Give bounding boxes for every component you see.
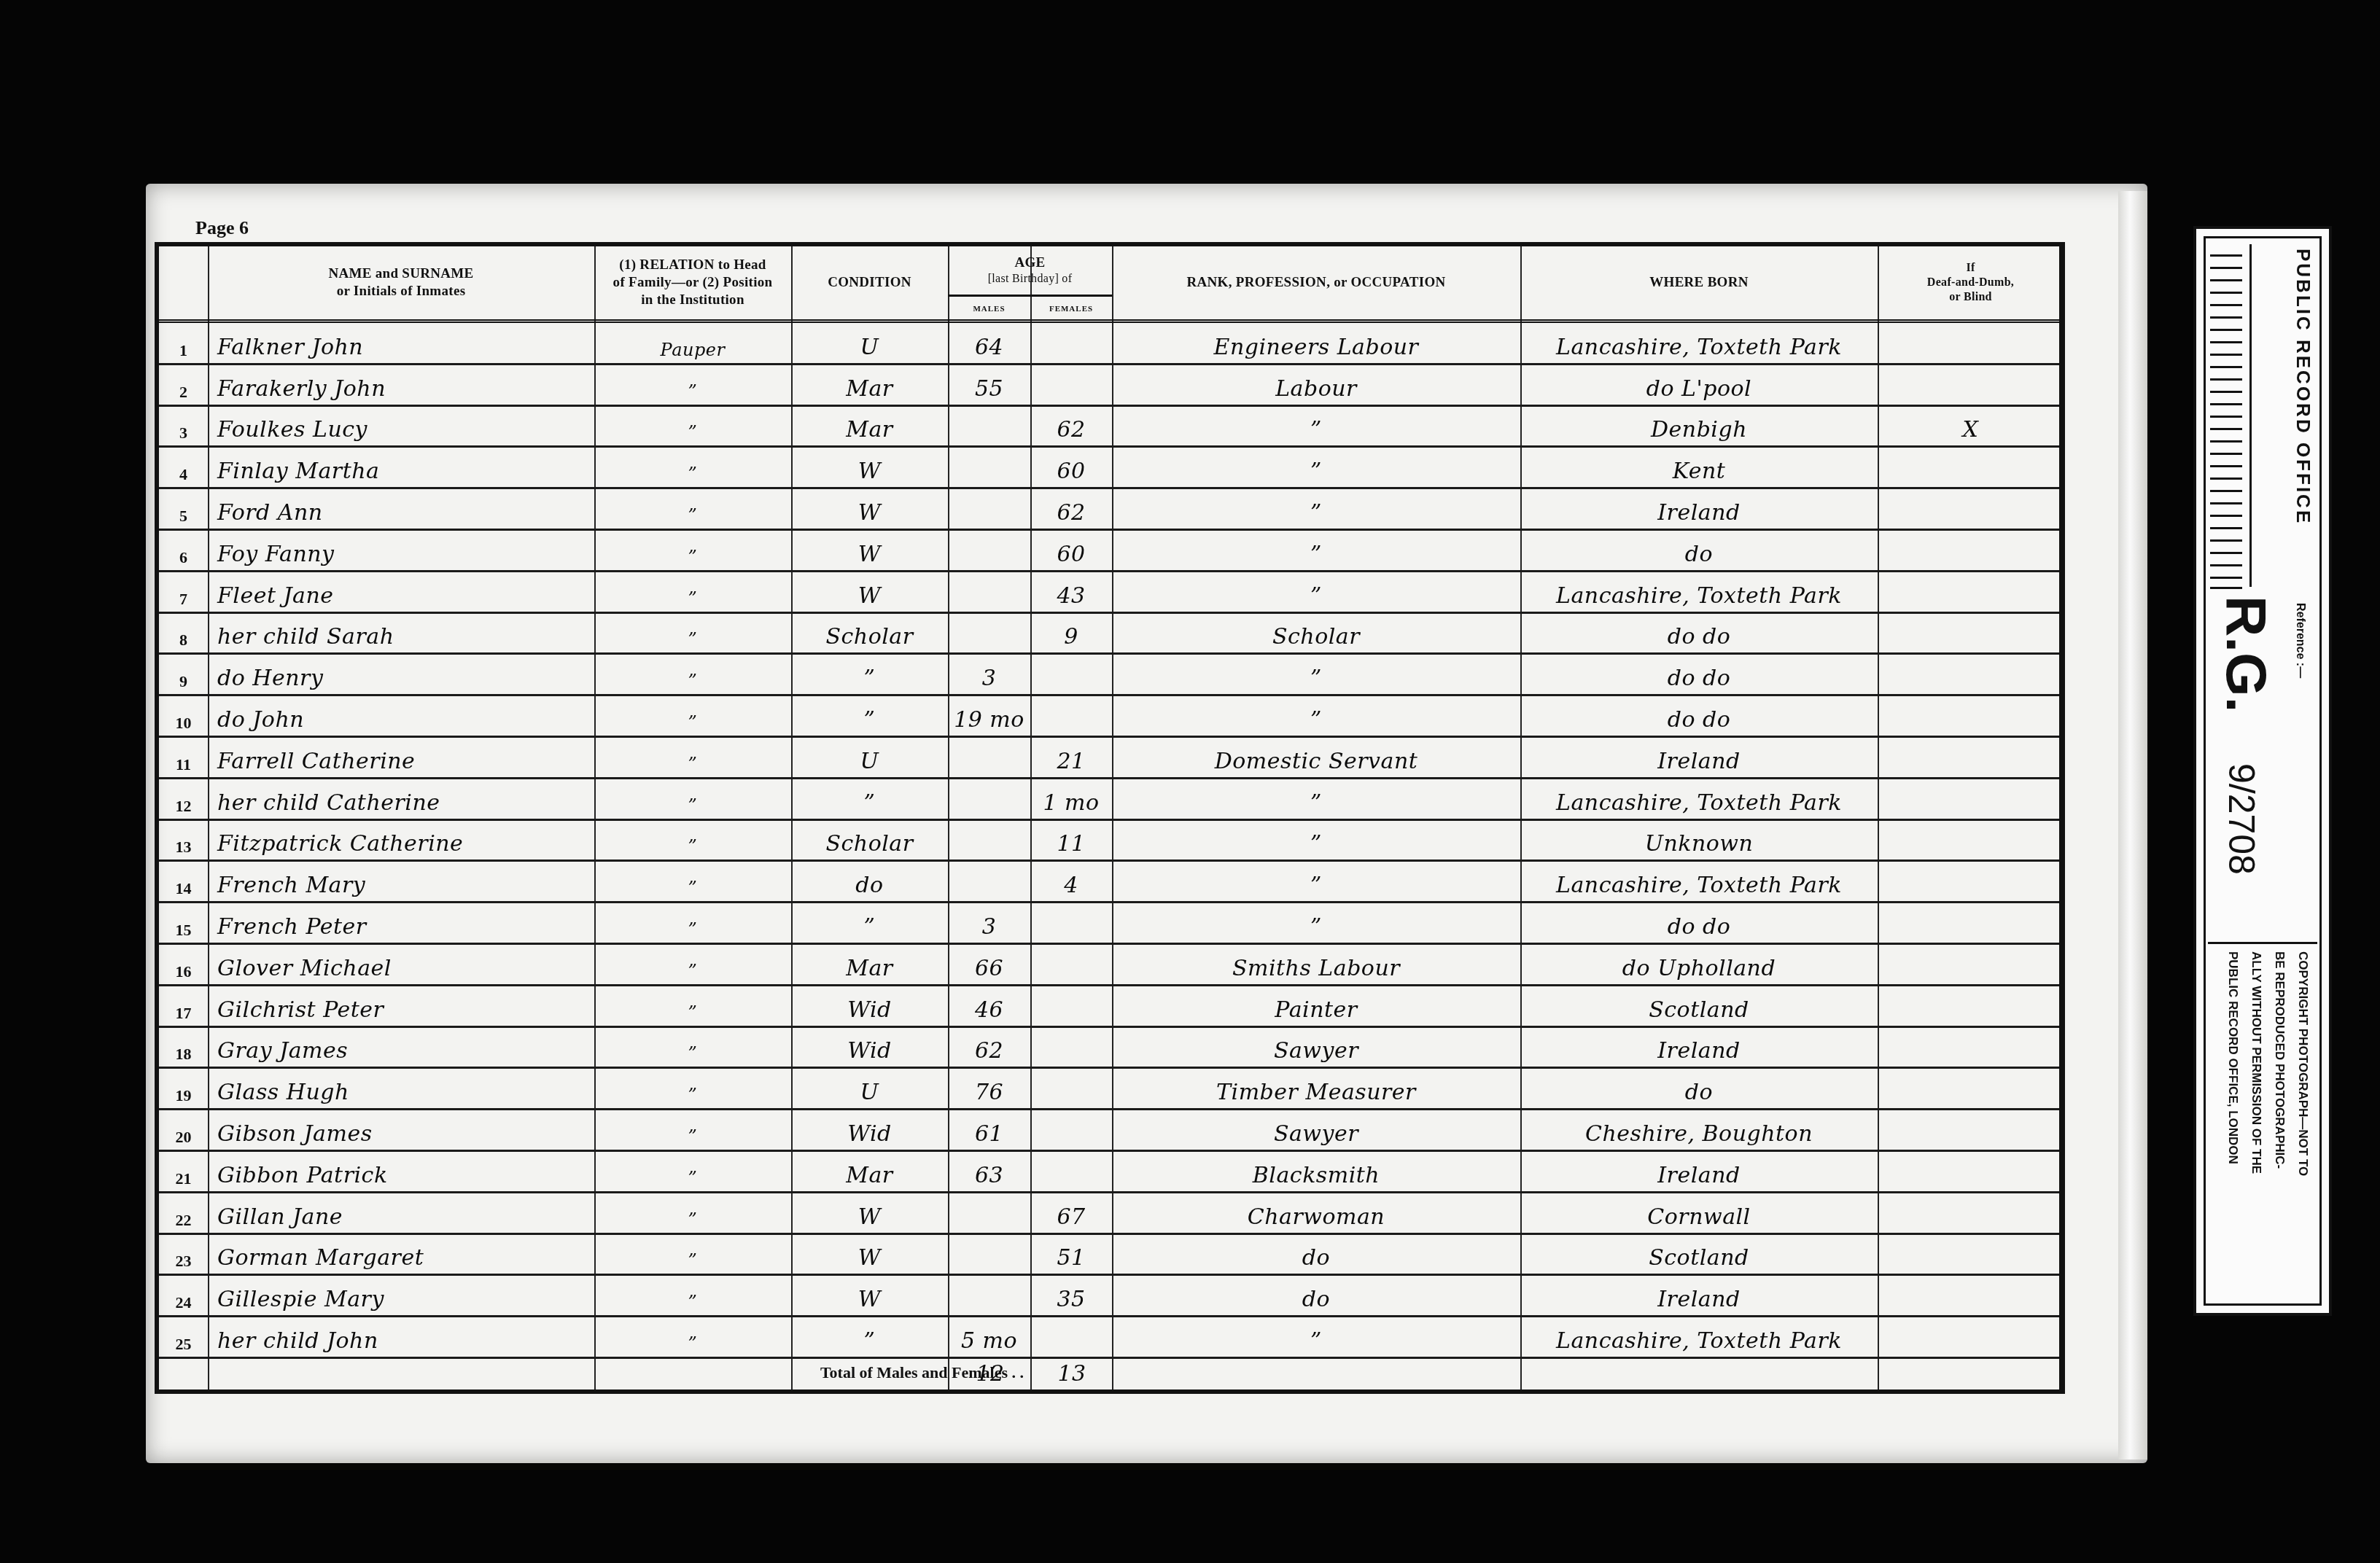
cell-infirmity — [1878, 986, 2064, 1026]
cell-relation: ” — [594, 1193, 791, 1233]
cell-where-born: Kent — [1520, 448, 1878, 487]
cell-where-born: Ireland — [1520, 1152, 1878, 1191]
cell-female-age — [1030, 1028, 1112, 1067]
cell-infirmity: X — [1878, 407, 2064, 446]
cell-female-age: 62 — [1030, 407, 1112, 446]
cell-name: Ford Ann — [217, 489, 594, 529]
cell-n: 3 — [159, 407, 208, 446]
cell-infirmity — [1878, 1028, 2064, 1067]
cell-infirmity — [1878, 365, 2064, 405]
cell-name: Gibson James — [217, 1110, 594, 1150]
cell-infirmity — [1878, 572, 2064, 612]
header-deaf-dumb: If Deaf-and-Dumb, or Blind — [1878, 246, 2064, 319]
cell-n: 19 — [159, 1069, 208, 1108]
cell-infirmity — [1878, 903, 2064, 943]
cell-occupation: Engineers Labour — [1112, 324, 1520, 363]
cell-n: 17 — [159, 986, 208, 1026]
cell-where-born: Unknown — [1520, 821, 1878, 860]
cell-relation: Pauper — [594, 324, 791, 363]
cell-female-age — [1030, 1152, 1112, 1191]
cell-where-born: do Upholland — [1520, 945, 1878, 984]
cell-where-born: Denbigh — [1520, 407, 1878, 446]
table-row: 6Foy Fanny”W60”do — [159, 531, 2059, 572]
cell-occupation: ” — [1112, 531, 1520, 570]
cell-where-born: do — [1520, 531, 1878, 570]
cell-occupation: ” — [1112, 862, 1520, 901]
cell-infirmity — [1878, 489, 2064, 529]
cell-n: 21 — [159, 1152, 208, 1191]
table-row: 22Gillan Jane”W67CharwomanCornwall — [159, 1193, 2059, 1235]
cell-male-age — [948, 862, 1030, 901]
cell-female-age — [1030, 324, 1112, 363]
table-header: NAME and SURNAME or Initials of Inmates … — [159, 246, 2059, 323]
cell-name: Glass Hugh — [217, 1069, 594, 1108]
header-females: FEMALES — [1030, 295, 1112, 321]
cell-where-born: Lancashire, Toxteth Park — [1520, 572, 1878, 612]
cell-condition: Mar — [791, 407, 948, 446]
table-row: 4Finlay Martha”W60”Kent — [159, 448, 2059, 489]
cell-relation: ” — [594, 655, 791, 694]
cell-name: Fleet Jane — [217, 572, 594, 612]
cell-where-born: do do — [1520, 655, 1878, 694]
cell-where-born: do do — [1520, 614, 1878, 653]
cell-name: do John — [217, 696, 594, 736]
cell-infirmity — [1878, 1110, 2064, 1150]
cell-female-age: 43 — [1030, 572, 1112, 612]
cell-n: 24 — [159, 1276, 208, 1315]
cell-infirmity — [1878, 1152, 2064, 1191]
cell-occupation: ” — [1112, 407, 1520, 446]
cell-occupation: Sawyer — [1112, 1028, 1520, 1067]
cell-name: Gillan Jane — [217, 1193, 594, 1233]
cell-occupation: ” — [1112, 696, 1520, 736]
header-relation-line2: of Family—or (2) Position — [613, 274, 773, 292]
cell-name: Farakerly John — [217, 365, 594, 405]
cell-condition: W — [791, 531, 948, 570]
cell-where-born: do do — [1520, 696, 1878, 736]
cell-name: Foy Fanny — [217, 531, 594, 570]
cell-female-age: 1 mo — [1030, 779, 1112, 819]
cell-relation: ” — [594, 614, 791, 653]
cell-n: 1 — [159, 324, 208, 363]
cell-name: French Peter — [217, 903, 594, 943]
office-name: PUBLIC RECORD OFFICE — [2292, 249, 2314, 525]
cell-relation: ” — [594, 407, 791, 446]
cell-male-age: 76 — [948, 1069, 1030, 1108]
cell-male-age — [948, 572, 1030, 612]
cell-female-age: 9 — [1030, 614, 1112, 653]
cell-occupation: Timber Measurer — [1112, 1069, 1520, 1108]
table-row: 14French Mary”do4”Lancashire, Toxteth Pa… — [159, 862, 2059, 903]
cell-female-age: 51 — [1030, 1235, 1112, 1274]
cell-relation: ” — [594, 365, 791, 405]
cell-male-age: 61 — [948, 1110, 1030, 1150]
cell-female-age: 60 — [1030, 448, 1112, 487]
cell-infirmity — [1878, 324, 2064, 363]
cell-infirmity — [1878, 738, 2064, 777]
cell-male-age — [948, 448, 1030, 487]
cell-condition: Wid — [791, 1028, 948, 1067]
cell-female-age: 4 — [1030, 862, 1112, 901]
header-where-born: WHERE BORN — [1520, 246, 1878, 319]
cell-n: 16 — [159, 945, 208, 984]
total-females: 13 — [1032, 1361, 1112, 1387]
cell-condition: Wid — [791, 986, 948, 1026]
cell-occupation: Labour — [1112, 365, 1520, 405]
cell-infirmity — [1878, 1235, 2064, 1274]
reference-label: PUBLIC RECORD OFFICE Reference :— R.G. 9… — [2193, 226, 2332, 1316]
cell-condition: U — [791, 1069, 948, 1108]
cell-occupation: Sawyer — [1112, 1110, 1520, 1150]
cell-infirmity — [1878, 779, 2064, 819]
table-row: 24Gillespie Mary”W35doIreland — [159, 1276, 2059, 1317]
cell-condition: W — [791, 489, 948, 529]
cell-occupation: Scholar — [1112, 614, 1520, 653]
cell-name: Finlay Martha — [217, 448, 594, 487]
cell-relation: ” — [594, 1069, 791, 1108]
cell-occupation: ” — [1112, 655, 1520, 694]
cell-condition: W — [791, 448, 948, 487]
census-table: NAME and SURNAME or Initials of Inmates … — [155, 242, 2065, 1394]
table-row: 10do John””19 mo”do do — [159, 696, 2059, 738]
cell-infirmity — [1878, 614, 2064, 653]
header-condition: CONDITION — [791, 246, 948, 319]
cell-infirmity — [1878, 862, 2064, 901]
cell-name: Farrell Catherine — [217, 738, 594, 777]
cell-relation: ” — [594, 903, 791, 943]
table-row: 9do Henry””3”do do — [159, 655, 2059, 696]
cell-condition: Mar — [791, 365, 948, 405]
cell-name: do Henry — [217, 655, 594, 694]
table-row: 16Glover Michael”Mar66Smiths Labourdo Up… — [159, 945, 2059, 986]
cell-occupation: do — [1112, 1235, 1520, 1274]
cell-relation: ” — [594, 1235, 791, 1274]
cell-condition: ” — [791, 696, 948, 736]
cell-where-born: do do — [1520, 903, 1878, 943]
copyright-line4: PUBLIC RECORD OFFICE, LONDON — [2225, 951, 2240, 1164]
header-deaf-line3: or Blind — [1949, 290, 1992, 305]
copyright-line2: BE REPRODUCED PHOTOGRAPHIC- — [2272, 951, 2287, 1169]
cell-name: Gibbon Patrick — [217, 1152, 594, 1191]
cell-occupation: Domestic Servant — [1112, 738, 1520, 777]
header-deaf-line1: If — [1966, 261, 1975, 276]
cell-name: Falkner John — [217, 324, 594, 363]
cell-name: Gray James — [217, 1028, 594, 1067]
cell-n: 10 — [159, 696, 208, 736]
cell-n: 8 — [159, 614, 208, 653]
cell-relation: ” — [594, 1028, 791, 1067]
cell-condition: Scholar — [791, 614, 948, 653]
cell-condition: Scholar — [791, 821, 948, 860]
reference-label-frame: PUBLIC RECORD OFFICE Reference :— R.G. 9… — [2204, 236, 2322, 1306]
cell-where-born: Ireland — [1520, 1276, 1878, 1315]
cell-where-born: Cheshire, Boughton — [1520, 1110, 1878, 1150]
cell-where-born: Scotland — [1520, 986, 1878, 1026]
cell-name: Fitzpatrick Catherine — [217, 821, 594, 860]
cell-female-age — [1030, 903, 1112, 943]
cell-male-age — [948, 1235, 1030, 1274]
cell-relation: ” — [594, 696, 791, 736]
copyright-notice: COPYRIGHT PHOTOGRAPH—NOT TO BE REPRODUCE… — [2208, 942, 2317, 1301]
cell-name: Foulkes Lucy — [217, 407, 594, 446]
cell-male-age — [948, 738, 1030, 777]
cell-where-born: Lancashire, Toxteth Park — [1520, 779, 1878, 819]
totals-row: Total of Males and Females . . 12 13 — [159, 1349, 2059, 1389]
cell-female-age — [1030, 696, 1112, 736]
cell-condition: ” — [791, 655, 948, 694]
table-row: 13Fitzpatrick Catherine”Scholar11”Unknow… — [159, 821, 2059, 862]
header-relation-line1: (1) RELATION to Head — [619, 257, 766, 274]
cell-male-age: 63 — [948, 1152, 1030, 1191]
cell-relation: ” — [594, 862, 791, 901]
cell-name: Gillespie Mary — [217, 1276, 594, 1315]
cell-female-age — [1030, 1110, 1112, 1150]
ruler-scale — [2249, 244, 2290, 587]
table-row: 2Farakerly John”Mar55Labourdo L'pool — [159, 365, 2059, 407]
cell-male-age — [948, 821, 1030, 860]
cell-male-age: 19 mo — [948, 696, 1030, 736]
cell-female-age — [1030, 1069, 1112, 1108]
cell-infirmity — [1878, 531, 2064, 570]
cell-name: Glover Michael — [217, 945, 594, 984]
cell-n: 2 — [159, 365, 208, 405]
header-occupation: RANK, PROFESSION, or OCCUPATION — [1112, 246, 1520, 319]
page-number: Page 6 — [195, 217, 249, 239]
copyright-line1: COPYRIGHT PHOTOGRAPH—NOT TO — [2295, 951, 2310, 1176]
cell-n: 5 — [159, 489, 208, 529]
cell-male-age — [948, 489, 1030, 529]
cell-male-age: 46 — [948, 986, 1030, 1026]
cell-male-age — [948, 1276, 1030, 1315]
cell-occupation: ” — [1112, 489, 1520, 529]
cell-infirmity — [1878, 1069, 2064, 1108]
cell-relation: ” — [594, 572, 791, 612]
header-age-title: AGE — [1014, 254, 1045, 272]
cell-relation: ” — [594, 945, 791, 984]
cell-relation: ” — [594, 779, 791, 819]
cell-name: French Mary — [217, 862, 594, 901]
cell-female-age: 21 — [1030, 738, 1112, 777]
cell-male-age — [948, 407, 1030, 446]
cell-where-born: Cornwall — [1520, 1193, 1878, 1233]
cell-n: 12 — [159, 779, 208, 819]
table-row: 8her child Sarah”Scholar9Scholardo do — [159, 614, 2059, 655]
cell-female-age — [1030, 365, 1112, 405]
cell-female-age: 35 — [1030, 1276, 1112, 1315]
cell-male-age: 64 — [948, 324, 1030, 363]
cell-male-age: 55 — [948, 365, 1030, 405]
table-row: 12her child Catherine””1 mo”Lancashire, … — [159, 779, 2059, 821]
header-name: NAME and SURNAME or Initials of Inmates — [208, 246, 594, 319]
cell-relation: ” — [594, 531, 791, 570]
cell-condition: ” — [791, 903, 948, 943]
cell-male-age — [948, 614, 1030, 653]
cell-n: 23 — [159, 1235, 208, 1274]
cell-where-born: Lancashire, Toxteth Park — [1520, 862, 1878, 901]
cell-occupation: ” — [1112, 779, 1520, 819]
cell-condition: W — [791, 1276, 948, 1315]
table-row: 11Farrell Catherine”U21Domestic ServantI… — [159, 738, 2059, 779]
cell-name: Gilchrist Peter — [217, 986, 594, 1026]
header-deaf-line2: Deaf-and-Dumb, — [1927, 276, 2014, 290]
cell-condition: do — [791, 862, 948, 901]
cell-infirmity — [1878, 696, 2064, 736]
cell-n: 20 — [159, 1110, 208, 1150]
table-row: 18Gray James”Wid62SawyerIreland — [159, 1028, 2059, 1069]
cell-n: 6 — [159, 531, 208, 570]
cell-where-born: Scotland — [1520, 1235, 1878, 1274]
cell-where-born: Lancashire, Toxteth Park — [1520, 324, 1878, 363]
header-relation: (1) RELATION to Head of Family—or (2) Po… — [594, 246, 791, 319]
cell-n: 14 — [159, 862, 208, 901]
table-row: 19Glass Hugh”U76Timber Measurerdo — [159, 1069, 2059, 1110]
cell-condition: ” — [791, 779, 948, 819]
cell-female-age — [1030, 986, 1112, 1026]
cell-occupation: Painter — [1112, 986, 1520, 1026]
piece-number: 9/2708 — [2220, 763, 2263, 875]
cell-relation: ” — [594, 986, 791, 1026]
cell-male-age: 62 — [948, 1028, 1030, 1067]
cell-occupation: ” — [1112, 448, 1520, 487]
cell-n: 7 — [159, 572, 208, 612]
cell-n: 15 — [159, 903, 208, 943]
total-males: 12 — [950, 1361, 1030, 1387]
cell-name: her child Sarah — [217, 614, 594, 653]
cell-condition: Mar — [791, 1152, 948, 1191]
header-age-subtitle: [last Birthday] of — [988, 272, 1073, 287]
cell-infirmity — [1878, 448, 2064, 487]
table-row: 1Falkner JohnPauperU64Engineers LabourLa… — [159, 324, 2059, 365]
table-row: 3Foulkes Lucy”Mar62”DenbighX — [159, 407, 2059, 448]
cell-n: 13 — [159, 821, 208, 860]
cell-infirmity — [1878, 1193, 2064, 1233]
cell-female-age: 67 — [1030, 1193, 1112, 1233]
cell-relation: ” — [594, 738, 791, 777]
table-row: 15French Peter””3”do do — [159, 903, 2059, 945]
cell-n: 11 — [159, 738, 208, 777]
cell-name: her child Catherine — [217, 779, 594, 819]
cell-infirmity — [1878, 821, 2064, 860]
cell-female-age — [1030, 945, 1112, 984]
cell-where-born: Ireland — [1520, 489, 1878, 529]
cell-occupation: ” — [1112, 572, 1520, 612]
cell-male-age: 3 — [948, 903, 1030, 943]
cell-relation: ” — [594, 489, 791, 529]
cell-infirmity — [1878, 1276, 2064, 1315]
table-row: 20Gibson James”Wid61SawyerCheshire, Boug… — [159, 1110, 2059, 1152]
cell-female-age: 60 — [1030, 531, 1112, 570]
cell-condition: Mar — [791, 945, 948, 984]
cell-condition: Wid — [791, 1110, 948, 1150]
cell-relation: ” — [594, 1276, 791, 1315]
cell-name: Gorman Margaret — [217, 1235, 594, 1274]
table-row: 7Fleet Jane”W43”Lancashire, Toxteth Park — [159, 572, 2059, 614]
cell-n: 18 — [159, 1028, 208, 1067]
cell-condition: W — [791, 572, 948, 612]
cell-male-age — [948, 779, 1030, 819]
table-row: 17Gilchrist Peter”Wid46PainterScotland — [159, 986, 2059, 1028]
page-edge — [2118, 191, 2147, 1459]
header-males: MALES — [948, 295, 1030, 321]
cell-occupation: do — [1112, 1276, 1520, 1315]
table-row: 21Gibbon Patrick”Mar63BlacksmithIreland — [159, 1152, 2059, 1193]
cell-occupation: Blacksmith — [1112, 1152, 1520, 1191]
cell-occupation: ” — [1112, 903, 1520, 943]
cell-occupation: Charwoman — [1112, 1193, 1520, 1233]
header-relation-line3: in the Institution — [641, 292, 744, 309]
cell-relation: ” — [594, 1152, 791, 1191]
cell-n: 9 — [159, 655, 208, 694]
reference-caption: Reference :— — [2293, 603, 2306, 678]
series-code: R.G. — [2213, 596, 2279, 712]
cell-condition: U — [791, 738, 948, 777]
header-name-line2: or Initials of Inmates — [337, 283, 466, 300]
cell-relation: ” — [594, 821, 791, 860]
table-row: 23Gorman Margaret”W51doScotland — [159, 1235, 2059, 1276]
cell-occupation: Smiths Labour — [1112, 945, 1520, 984]
header-name-line1: NAME and SURNAME — [328, 265, 473, 283]
cell-condition: W — [791, 1193, 948, 1233]
cell-female-age: 11 — [1030, 821, 1112, 860]
cell-condition: U — [791, 324, 948, 363]
cell-female-age: 62 — [1030, 489, 1112, 529]
cell-male-age: 3 — [948, 655, 1030, 694]
cell-male-age: 66 — [948, 945, 1030, 984]
header-age: AGE [last Birthday] of — [948, 246, 1112, 295]
cell-n: 4 — [159, 448, 208, 487]
cell-where-born: Ireland — [1520, 1028, 1878, 1067]
cell-female-age — [1030, 655, 1112, 694]
cell-male-age — [948, 1193, 1030, 1233]
cell-where-born: Ireland — [1520, 738, 1878, 777]
cell-male-age — [948, 531, 1030, 570]
cell-n: 22 — [159, 1193, 208, 1233]
cell-where-born: do L'pool — [1520, 365, 1878, 405]
cell-condition: W — [791, 1235, 948, 1274]
cell-infirmity — [1878, 945, 2064, 984]
cell-relation: ” — [594, 448, 791, 487]
copyright-line3: ALLY WITHOUT PERMISSION OF THE — [2249, 951, 2263, 1174]
cell-infirmity — [1878, 655, 2064, 694]
cell-relation: ” — [594, 1110, 791, 1150]
cell-where-born: do — [1520, 1069, 1878, 1108]
table-row: 5Ford Ann”W62”Ireland — [159, 489, 2059, 531]
cell-occupation: ” — [1112, 821, 1520, 860]
